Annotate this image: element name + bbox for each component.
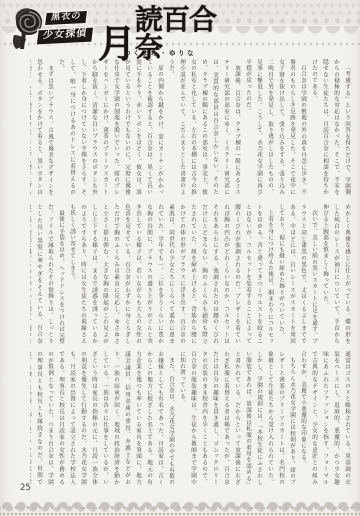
text-band-3: 通常はゴスロリと略称されている。黒基調の衣装をベースにし、退廃的、悪魔的、かつ少… xyxy=(30,351,352,485)
page-number: 25 xyxy=(20,483,31,493)
paragraph: 最後に手袋をはめ、ヘッドドレスをつければ完璧だ。フリルで縁取られたその髪飾りは、… xyxy=(30,204,66,344)
title-reading: つくよみ・ゆりな xyxy=(124,48,196,57)
lace-border-bottom xyxy=(0,497,360,516)
paragraph: また、百合奈は、水乃花女学園の中でも有数のお嬢様としても有名であった。月読家は、… xyxy=(30,351,176,485)
black-rose-icon xyxy=(10,5,52,51)
paragraph: まずは黒いブラウス。古風で優美なデザインを思わせる。ボタンをかけて着ると、黒いボ… xyxy=(30,59,55,195)
paragraph: 次いで、美しい絹の黒いスカートに足を通す。ブラウスと同じ漆黒の黒色で、丈はくるぶ… xyxy=(275,204,319,344)
paragraph: 上着を身につけ終えた後は、胴まわりにコルセットをはめる。昔と違ってきつくウエスト… xyxy=(66,204,275,344)
paragraph: もちろん水乃花女学園には校則があり、紺のブレザーと薄茶のプリーツスカートは、名門… xyxy=(176,351,297,485)
paragraph: 通常はゴスロリと略称されている。黒基調の衣装をベースにし、退廃的、悪魔的、かつ少… xyxy=(297,351,352,485)
paragraph: 百合奈は学園の敷地の外の森を丹念に歩き、不審者のものらしき足跡を発見した。そこで… xyxy=(242,59,308,195)
series-ribbon-line2: 少女探偵 xyxy=(37,28,93,44)
title-first-char: 月 xyxy=(98,25,135,63)
paragraph: 「考慮する」という回答を得ただけで、学園側からの積極的な対応はなかった。そこで、… xyxy=(308,59,352,195)
series-ribbon-line1: 黒衣の xyxy=(45,11,87,26)
paragraph: めかしく典雅な感じに仕上がっている。蝶の形をした純白のレースが袖口についていて、… xyxy=(319,204,352,344)
title-block: 黒衣の 少女探偵 月読百合奈 つくよみ・ゆりな xyxy=(6,2,236,56)
paragraph: 放課後、百合奈は、クラブ棟の一階にあるミステリー研究部の部室にゆく。ミステリー研… xyxy=(165,59,242,195)
paragraph: 扉の内側から鍵をかけ、窓にカーテンがかかっていることを確認すると、百合奈は、黒く… xyxy=(55,59,165,195)
scanned-book-page: 黒衣の 少女探偵 月読百合奈 つくよみ・ゆりな 「考慮する」という回答を得ただけ… xyxy=(0,0,360,516)
text-band-2: めかしく典雅な感じに仕上がっている。蝶の形をした純白のレースが袖口についていて、… xyxy=(30,204,352,344)
text-band-1: 「考慮する」という回答を得ただけで、学園側からの積極的な対応はなかった。そこで、… xyxy=(30,59,352,195)
page-header: 黒衣の 少女探偵 月読百合奈 つくよみ・ゆりな xyxy=(0,0,360,57)
